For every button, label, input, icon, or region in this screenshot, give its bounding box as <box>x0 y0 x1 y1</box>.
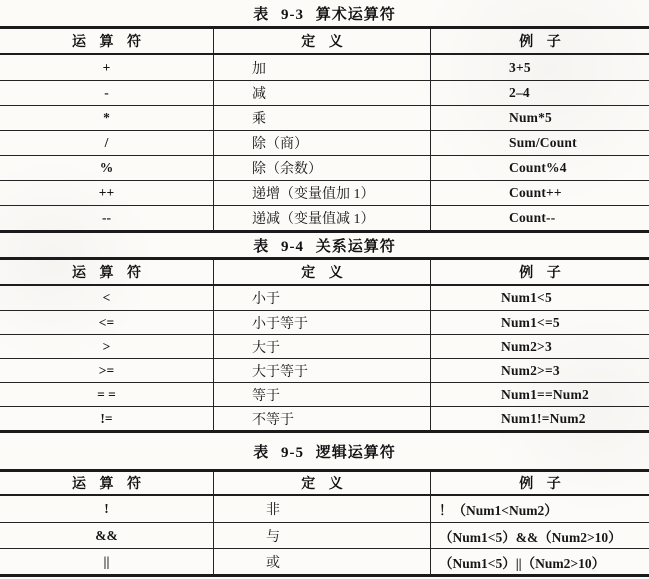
column-header-example: 例 子 <box>430 260 649 284</box>
example-cell: Num1<=5 <box>430 311 649 334</box>
definition-cell: 递增（变量值加 1） <box>213 181 430 205</box>
operator-cell: + <box>0 55 213 80</box>
column-header-example: 例 子 <box>430 472 649 494</box>
example-cell: Num1!=Num2 <box>430 407 649 430</box>
example-cell: Num2>3 <box>430 335 649 358</box>
definition-cell: 等于 <box>213 383 430 406</box>
operator-cell: && <box>0 523 213 548</box>
table-row: || 或 （Num1<5）||（Num2>10） <box>0 548 649 574</box>
column-header-operator: 运 算 符 <box>0 472 213 494</box>
column-header-operator: 运 算 符 <box>0 29 213 53</box>
table-row: % 除（余数） Count%4 <box>0 155 649 180</box>
definition-cell: 递减（变量值减 1） <box>213 206 430 230</box>
example-cell: 3+5 <box>430 55 649 80</box>
operator-cell: != <box>0 407 213 430</box>
table-row: ++ 递增（变量值加 1） Count++ <box>0 180 649 205</box>
operator-cell: <= <box>0 311 213 334</box>
definition-cell: 减 <box>213 81 430 105</box>
definition-cell: 除（商） <box>213 131 430 155</box>
table-9-4-title: 表 9-4 关系运算符 <box>0 233 649 257</box>
operator-cell: * <box>0 106 213 130</box>
table-row: - 减 2–4 <box>0 80 649 105</box>
table-relational-operators: 运 算 符 定 义 例 子 < 小于 Num1<5 <= 小于等于 Num1<=… <box>0 257 649 433</box>
definition-cell: 非 <box>213 496 430 522</box>
definition-cell: 不等于 <box>213 407 430 430</box>
example-cell: Num1==Num2 <box>430 383 649 406</box>
table-row: && 与 （Num1<5）&&（Num2>10） <box>0 522 649 548</box>
example-cell: Num2>=3 <box>430 359 649 382</box>
definition-cell: 大于等于 <box>213 359 430 382</box>
table-arithmetic-operators: 运 算 符 定 义 例 子 + 加 3+5 - 减 2–4 * 乘 Num*5 … <box>0 26 649 233</box>
example-cell: Sum/Count <box>430 131 649 155</box>
definition-cell: 小于 <box>213 286 430 310</box>
operator-cell: < <box>0 286 213 310</box>
table-row: > 大于 Num2>3 <box>0 334 649 358</box>
definition-cell: 大于 <box>213 335 430 358</box>
definition-cell: 除（余数） <box>213 156 430 180</box>
table-row: / 除（商） Sum/Count <box>0 130 649 155</box>
operator-cell: = = <box>0 383 213 406</box>
definition-cell: 或 <box>213 549 430 574</box>
column-header-definition: 定 义 <box>213 472 430 494</box>
book-page-scan: 表 9-3 算术运算符 运 算 符 定 义 例 子 + 加 3+5 - 减 2–… <box>0 0 649 579</box>
operator-cell: ! <box>0 496 213 522</box>
example-cell: 2–4 <box>430 81 649 105</box>
column-header-definition: 定 义 <box>213 260 430 284</box>
operator-cell: > <box>0 335 213 358</box>
operator-cell: - <box>0 81 213 105</box>
table-row: -- 递减（变量值减 1） Count-- <box>0 205 649 230</box>
definition-cell: 加 <box>213 55 430 80</box>
table-row: ! 非 ！（Num1<Num2） <box>0 496 649 522</box>
definition-cell: 与 <box>213 523 430 548</box>
example-cell: （Num1<5）&&（Num2>10） <box>430 523 649 548</box>
example-cell: Count%4 <box>430 156 649 180</box>
table-row: != 不等于 Num1!=Num2 <box>0 406 649 430</box>
table-row: + 加 3+5 <box>0 55 649 80</box>
example-cell: Count-- <box>430 206 649 230</box>
definition-cell: 乘 <box>213 106 430 130</box>
operator-cell: >= <box>0 359 213 382</box>
example-cell: （Num1<5）||（Num2>10） <box>430 549 649 574</box>
operator-cell: -- <box>0 206 213 230</box>
example-cell: Num*5 <box>430 106 649 130</box>
table-header-row: 运 算 符 定 义 例 子 <box>0 472 649 496</box>
table-row: < 小于 Num1<5 <box>0 286 649 310</box>
operator-cell: || <box>0 549 213 574</box>
table-header-row: 运 算 符 定 义 例 子 <box>0 29 649 55</box>
definition-cell: 小于等于 <box>213 311 430 334</box>
example-cell: Count++ <box>430 181 649 205</box>
table-row: <= 小于等于 Num1<=5 <box>0 310 649 334</box>
table-9-3-title: 表 9-3 算术运算符 <box>0 0 649 26</box>
operator-cell: ++ <box>0 181 213 205</box>
table-header-row: 运 算 符 定 义 例 子 <box>0 260 649 286</box>
column-header-example: 例 子 <box>430 29 649 53</box>
column-header-definition: 定 义 <box>213 29 430 53</box>
table-row: >= 大于等于 Num2>=3 <box>0 358 649 382</box>
column-header-operator: 运 算 符 <box>0 260 213 284</box>
table-row: * 乘 Num*5 <box>0 105 649 130</box>
example-cell: Num1<5 <box>430 286 649 310</box>
table-9-5-title: 表 9-5 逻辑运算符 <box>0 433 649 469</box>
operator-cell: / <box>0 131 213 155</box>
table-logical-operators: 运 算 符 定 义 例 子 ! 非 ！（Num1<Num2） && 与 （Num… <box>0 469 649 577</box>
example-cell: ！（Num1<Num2） <box>430 496 649 522</box>
table-row: = = 等于 Num1==Num2 <box>0 382 649 406</box>
operator-cell: % <box>0 156 213 180</box>
